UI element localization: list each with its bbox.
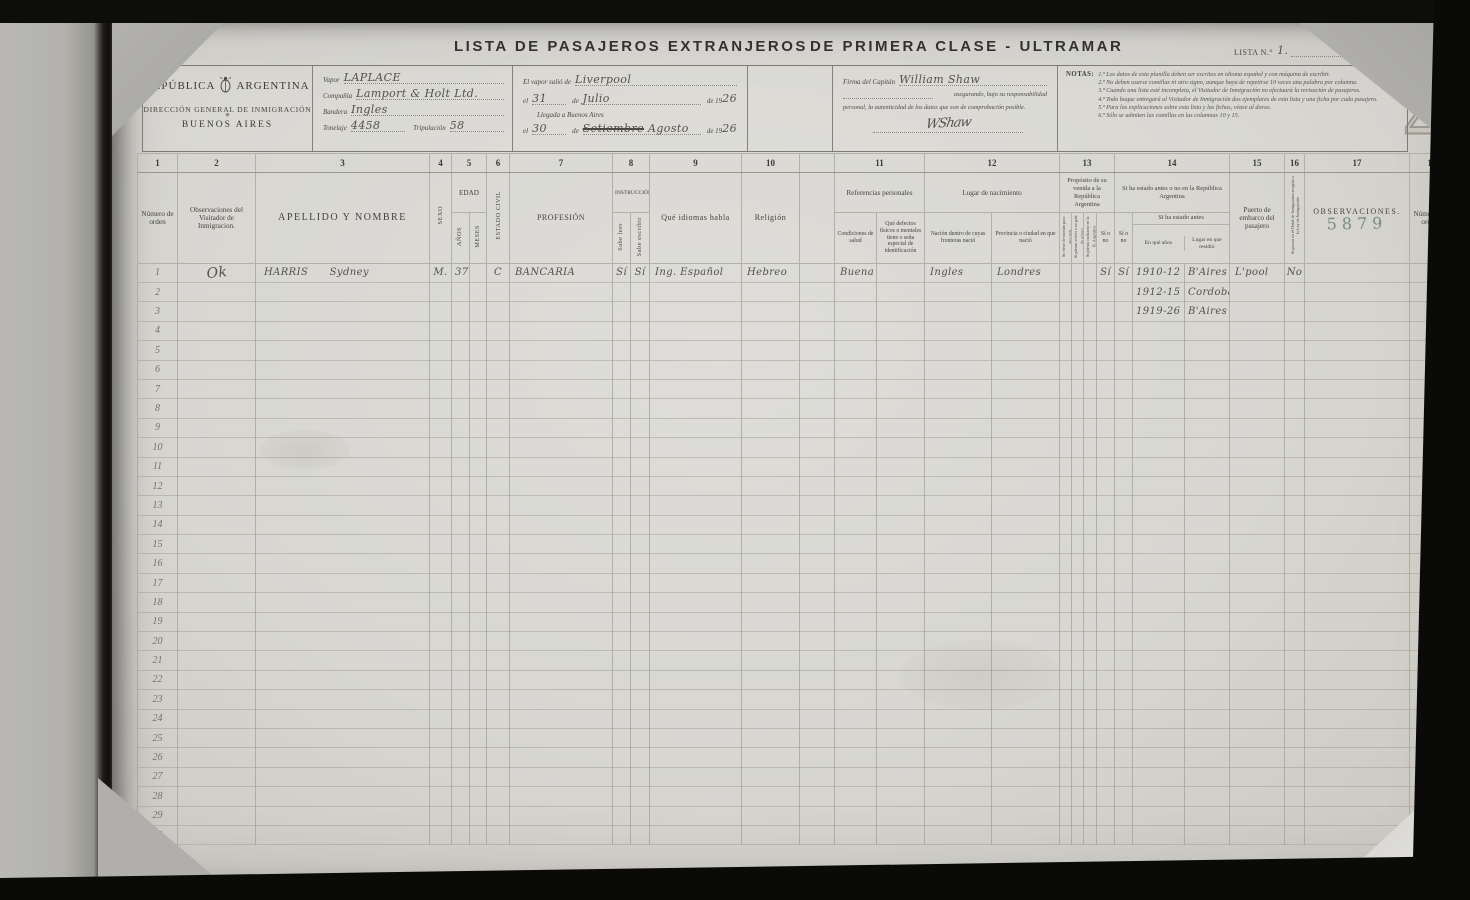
cell-health: [835, 379, 877, 398]
cell-health: [835, 496, 877, 515]
cell-defects: [877, 573, 925, 592]
cell-age_months: [470, 767, 487, 786]
table-row: 2929: [138, 806, 1450, 825]
cell-obs17: [1305, 748, 1410, 767]
city-name: BUENOS AIRES: [143, 120, 312, 130]
cell-p13c: [1084, 787, 1097, 806]
cell-health: [835, 341, 877, 360]
cell-purpose_yes: [1097, 709, 1115, 728]
cell-p13b: [1072, 651, 1084, 670]
cell-visitor_mark: [178, 593, 256, 612]
cell-civil: [487, 651, 510, 670]
cell-profession: [510, 282, 613, 301]
cell-profession: [510, 748, 613, 767]
crew-handwritten: 58: [450, 120, 465, 131]
cell-spare: [800, 748, 835, 767]
cell-obs17: [1305, 593, 1410, 612]
cell-nation: [925, 612, 992, 631]
cell-spare: [800, 709, 835, 728]
cell-nation: [925, 806, 992, 825]
cell-p13c: [1084, 535, 1097, 554]
cell-p13b: [1072, 302, 1084, 321]
cell-age_months: [470, 379, 487, 398]
cell-port: [1230, 379, 1285, 398]
cell-sex: [430, 321, 452, 340]
cell-stay_years: [1133, 399, 1185, 418]
cell-defects: [877, 457, 925, 476]
argentina-word: ARGENTINA: [236, 80, 309, 92]
cell-name: [256, 651, 430, 670]
col-num-4: 4: [430, 154, 452, 173]
cell-nation: [925, 341, 992, 360]
cell-writes: [631, 515, 650, 534]
cell-stay_place: [1185, 690, 1230, 709]
captain-signature-label: Firma del Capitán: [843, 78, 895, 86]
cell-sex: [430, 360, 452, 379]
cell-civil: [487, 438, 510, 457]
cell-age_years: [452, 282, 470, 301]
cell-defects: [877, 787, 925, 806]
table-row: 2424: [138, 709, 1450, 728]
cell-nation: [925, 593, 992, 612]
cell-writes: [631, 632, 650, 651]
cell-age_months: [470, 496, 487, 515]
cell-visitor_mark: [178, 360, 256, 379]
cell-age_years: [452, 593, 470, 612]
cell-age_months: [470, 535, 487, 554]
cell-visitor_mark: [178, 728, 256, 747]
cell-profession: [510, 690, 613, 709]
cell-p13a: [1060, 573, 1072, 592]
cell-stay_years: [1133, 360, 1185, 379]
cell-obs17: [1305, 282, 1410, 301]
cell-p13c: [1084, 379, 1097, 398]
table-row: 31919-26B'Aires3: [138, 302, 1450, 321]
cell-port: [1230, 360, 1285, 379]
cell-hotel: [1285, 670, 1305, 689]
cell-civil: [487, 379, 510, 398]
cell-purpose_yes: [1097, 360, 1115, 379]
cell-port: [1230, 457, 1285, 476]
table-row: 1313: [138, 496, 1450, 515]
arrival-label: Llegada a Buenos Aires: [537, 111, 604, 119]
cell-obs17: [1305, 379, 1410, 398]
cell-name: [256, 535, 430, 554]
row-number: 17: [138, 573, 178, 592]
row-number: 5: [138, 341, 178, 360]
row-number: 9: [138, 418, 178, 437]
cell-age_years: 37.: [452, 263, 470, 282]
cell-visitor_mark: [178, 321, 256, 340]
cell-stay_years: [1133, 535, 1185, 554]
cell-civil: [487, 728, 510, 747]
table-row: 1616: [138, 554, 1450, 573]
cell-sex: [430, 438, 452, 457]
cell-stay_place: [1185, 612, 1230, 631]
cell-p13b: [1072, 399, 1084, 418]
cell-obs17: [1305, 612, 1410, 631]
cell-purpose_yes: [1097, 282, 1115, 301]
cell-obs17: [1305, 457, 1410, 476]
cell-languages: [650, 690, 742, 709]
cell-nation: [925, 573, 992, 592]
col-num-blank: [800, 154, 835, 173]
cell-hotel: [1285, 651, 1305, 670]
cell-writes: [631, 341, 650, 360]
cell-p13a: [1060, 806, 1072, 825]
cell-p13b: [1072, 728, 1084, 747]
cell-stay_years: [1133, 670, 1185, 689]
cell-obs17: [1305, 767, 1410, 786]
cell-sex: [430, 593, 452, 612]
cell-purpose_yes: [1097, 515, 1115, 534]
row-number: 21: [138, 651, 178, 670]
header-been-before-group: Si ha estado antes o no en la República …: [1115, 173, 1230, 213]
cell-p13c: [1084, 341, 1097, 360]
cell-reads: [613, 612, 631, 631]
cell-purpose_yes: [1097, 767, 1115, 786]
cell-religion: [742, 535, 800, 554]
cell-reads: [613, 535, 631, 554]
cell-p13b: [1072, 476, 1084, 495]
cell-age_years: [452, 438, 470, 457]
cell-writes: [631, 573, 650, 592]
cell-stay_years: [1133, 321, 1185, 340]
cell-profession: [510, 399, 613, 418]
cell-p13c: [1084, 806, 1097, 825]
nota-item: 2.ª No deben usarse comillas ni otro sig…: [1098, 79, 1399, 87]
cell-religion: [742, 593, 800, 612]
cell-health: [835, 690, 877, 709]
cell-p13a: [1060, 748, 1072, 767]
cell-spare: [800, 612, 835, 631]
cell-writes: [631, 438, 650, 457]
cell-age_months: [470, 748, 487, 767]
cell-languages: [650, 282, 742, 301]
header-observations: OBSERVACIONES. 5879: [1305, 173, 1410, 264]
de19-label: de 19: [707, 97, 722, 105]
cell-religion: [742, 787, 800, 806]
cell-languages: [650, 787, 742, 806]
cell-civil: [487, 825, 510, 844]
cell-stay_place: [1185, 709, 1230, 728]
row-number: 6: [138, 360, 178, 379]
cell-visitor_mark: [178, 709, 256, 728]
departure-port-handwritten: Liverpool: [575, 74, 631, 85]
cell-reads: [613, 554, 631, 573]
cell-languages: [650, 535, 742, 554]
cell-been_before: [1115, 457, 1133, 476]
cell-hotel: [1285, 728, 1305, 747]
cell-name: [256, 438, 430, 457]
col-num-16: 16: [1285, 154, 1305, 173]
cell-languages: [650, 806, 742, 825]
cell-writes: [631, 496, 650, 515]
cell-p13a: [1060, 825, 1072, 844]
cell-port: [1230, 748, 1285, 767]
row-number: 3: [138, 302, 178, 321]
cell-p13b: [1072, 573, 1084, 592]
cell-languages: [650, 399, 742, 418]
cell-civil: [487, 360, 510, 379]
cell-reads: Sí: [613, 263, 631, 282]
cell-hotel: [1285, 418, 1305, 437]
cell-civil: [487, 767, 510, 786]
cell-defects: [877, 379, 925, 398]
cell-writes: [631, 748, 650, 767]
cell-been_before: [1115, 341, 1133, 360]
cell-been_before: [1115, 418, 1133, 437]
header-age-years: AÑOS: [452, 213, 470, 264]
header-languages: Qué idiomas habla: [650, 173, 742, 264]
cell-name: [256, 690, 430, 709]
compania-label: Compañía: [323, 92, 352, 100]
row-number: 18: [138, 593, 178, 612]
cell-defects: [877, 690, 925, 709]
cell-profession: [510, 651, 613, 670]
passenger-table-body: 1OkHARRIS SydneyM.37.CBANCARIASíSíIng. E…: [138, 263, 1450, 845]
cell-p13a: [1060, 438, 1072, 457]
col-num-15: 15: [1230, 154, 1285, 173]
cell-profession: [510, 515, 613, 534]
cell-city: [992, 399, 1060, 418]
cell-stay_years: [1133, 787, 1185, 806]
row-number: 15: [138, 535, 178, 554]
cell-religion: [742, 341, 800, 360]
cell-sex: [430, 825, 452, 844]
cell-purpose_yes: [1097, 321, 1115, 340]
cell-hotel: [1285, 806, 1305, 825]
cell-age_years: [452, 709, 470, 728]
cell-defects: [877, 263, 925, 282]
cell-sex: [430, 302, 452, 321]
cell-port: [1230, 418, 1285, 437]
cell-stay_place: [1185, 438, 1230, 457]
cell-purpose_yes: [1097, 748, 1115, 767]
cell-civil: [487, 554, 510, 573]
cell-nation: Ingles: [925, 263, 992, 282]
cell-sex: [430, 535, 452, 554]
cell-sex: [430, 748, 452, 767]
row-number: 14: [138, 515, 178, 534]
cell-age_months: [470, 360, 487, 379]
cell-city: [992, 360, 1060, 379]
cell-p13a: [1060, 787, 1072, 806]
cell-defects: [877, 418, 925, 437]
cell-age_years: [452, 690, 470, 709]
cell-languages: [650, 476, 742, 495]
cell-defects: [877, 593, 925, 612]
cell-health: [835, 515, 877, 534]
header-instruction-group: INSTRUCCIÓN: [613, 173, 650, 213]
cell-health: [835, 806, 877, 825]
cell-age_years: [452, 399, 470, 418]
cell-hotel: [1285, 399, 1305, 418]
nota-item: 1.ª Los datos de esta planilla deben ser…: [1098, 71, 1399, 79]
cell-stay_years: [1133, 748, 1185, 767]
cell-name: [256, 418, 430, 437]
cell-hotel: [1285, 554, 1305, 573]
cell-health: [835, 593, 877, 612]
cell-city: [992, 690, 1060, 709]
cell-visitor_mark: [178, 554, 256, 573]
cell-hotel: [1285, 690, 1305, 709]
cell-city: [992, 515, 1060, 534]
cell-port: [1230, 806, 1285, 825]
cell-stay_place: [1185, 670, 1230, 689]
cell-obs17: [1305, 573, 1410, 592]
cell-writes: [631, 806, 650, 825]
cell-age_years: [452, 496, 470, 515]
cell-defects: [877, 767, 925, 786]
cell-p13c: [1084, 360, 1097, 379]
cell-visitor_mark: [178, 515, 256, 534]
cell-spare: [800, 806, 835, 825]
table-row: 99: [138, 418, 1450, 437]
cell-sex: [430, 690, 452, 709]
cell-name: [256, 282, 430, 301]
cell-city: Londres: [992, 263, 1060, 282]
cell-civil: [487, 476, 510, 495]
cell-been_before: [1115, 535, 1133, 554]
cell-hotel: [1285, 612, 1305, 631]
cell-age_months: [470, 438, 487, 457]
cell-port: [1230, 670, 1285, 689]
cell-city: [992, 651, 1060, 670]
cell-age_years: [452, 612, 470, 631]
cell-hotel: [1285, 709, 1305, 728]
letterhead-ship: VaporLAPLACE CompañíaLamport & Holt Ltd.…: [313, 66, 513, 151]
cell-city: [992, 632, 1060, 651]
cell-nation: [925, 728, 992, 747]
cell-civil: [487, 787, 510, 806]
cell-p13b: [1072, 457, 1084, 476]
cell-city: [992, 593, 1060, 612]
cell-profession: [510, 418, 613, 437]
cell-spare: [800, 573, 835, 592]
cell-age_months: [470, 321, 487, 340]
cell-city: [992, 535, 1060, 554]
cell-nation: [925, 515, 992, 534]
cell-profession: [510, 554, 613, 573]
cell-p13b: [1072, 496, 1084, 515]
cell-purpose_yes: [1097, 496, 1115, 515]
cell-profession: [510, 341, 613, 360]
cell-profession: [510, 496, 613, 515]
cell-hotel: [1285, 748, 1305, 767]
cell-been_before: [1115, 573, 1133, 592]
col-num-7: 7: [510, 154, 613, 173]
cell-profession: [510, 302, 613, 321]
cell-sex: [430, 496, 452, 515]
cell-health: [835, 457, 877, 476]
cell-stay_place: [1185, 554, 1230, 573]
cell-stay_place: [1185, 748, 1230, 767]
cell-visitor_mark: [178, 496, 256, 515]
cell-profession: [510, 670, 613, 689]
cell-obs17: [1305, 438, 1410, 457]
cell-p13c: [1084, 593, 1097, 612]
cell-purpose_yes: [1097, 476, 1115, 495]
departure-month-handwritten: Julio: [583, 93, 610, 104]
column-number-row: 1 2 3 4 5 6 7 8 9 10 11 12 13 14 15 16: [138, 154, 1450, 173]
cell-defects: [877, 651, 925, 670]
cell-spare: [800, 360, 835, 379]
cell-profession: [510, 806, 613, 825]
cell-writes: [631, 787, 650, 806]
cell-city: [992, 379, 1060, 398]
cell-city: [992, 748, 1060, 767]
col-num-14: 14: [1115, 154, 1230, 173]
cell-languages: [650, 767, 742, 786]
cell-health: [835, 554, 877, 573]
cell-nation: [925, 418, 992, 437]
cell-age_months: [470, 573, 487, 592]
header-order: Número de orden: [138, 173, 178, 264]
cell-p13b: [1072, 593, 1084, 612]
cell-p13a: [1060, 302, 1072, 321]
cell-nation: [925, 690, 992, 709]
cell-been_before: [1115, 767, 1133, 786]
cell-city: [992, 457, 1060, 476]
cell-name: [256, 360, 430, 379]
cell-purpose_yes: [1097, 379, 1115, 398]
cell-languages: [650, 341, 742, 360]
cell-p13a: [1060, 418, 1072, 437]
table-row: 2626: [138, 748, 1450, 767]
cell-religion: [742, 515, 800, 534]
document-page: LISTA DE PASAJEROS EXTRANJEROS DE PRIMER…: [112, 20, 1458, 878]
cell-health: [835, 612, 877, 631]
cell-p13c: [1084, 709, 1097, 728]
cell-stay_place: [1185, 476, 1230, 495]
cell-been_before: [1115, 554, 1133, 573]
cell-spare: [800, 302, 835, 321]
cell-spare: [800, 632, 835, 651]
cell-writes: [631, 360, 650, 379]
cell-obs17: [1305, 787, 1410, 806]
flag-handwritten: Ingles: [351, 104, 388, 115]
cell-age_years: [452, 360, 470, 379]
cell-visitor_mark: [178, 612, 256, 631]
cell-city: [992, 321, 1060, 340]
cell-reads: [613, 632, 631, 651]
cell-p13b: [1072, 825, 1084, 844]
cell-reads: [613, 573, 631, 592]
cell-health: [835, 825, 877, 844]
row-number: 22: [138, 670, 178, 689]
cell-hotel: No: [1285, 263, 1305, 282]
cell-reads: [613, 593, 631, 612]
letterhead: REPÚBLICA ARGENTINA DIRECCIÓN GENERAL DE…: [142, 65, 1408, 152]
cell-purpose_yes: [1097, 825, 1115, 844]
header-purpose-a: Si viene de tránsito para otro país: [1060, 213, 1072, 264]
de19-label2: de 19: [707, 127, 722, 135]
cell-nation: [925, 321, 992, 340]
cell-name: [256, 748, 430, 767]
cell-p13b: [1072, 379, 1084, 398]
cell-name: [256, 457, 430, 476]
header-spare: [800, 173, 835, 264]
cell-sex: [430, 399, 452, 418]
cell-age_months: [470, 341, 487, 360]
cell-stay_years: 1910-12: [1133, 263, 1185, 282]
cell-p13c: [1084, 515, 1097, 534]
cell-nation: [925, 379, 992, 398]
cell-purpose_yes: [1097, 573, 1115, 592]
cell-been_before: [1115, 787, 1133, 806]
cell-p13c: [1084, 282, 1097, 301]
